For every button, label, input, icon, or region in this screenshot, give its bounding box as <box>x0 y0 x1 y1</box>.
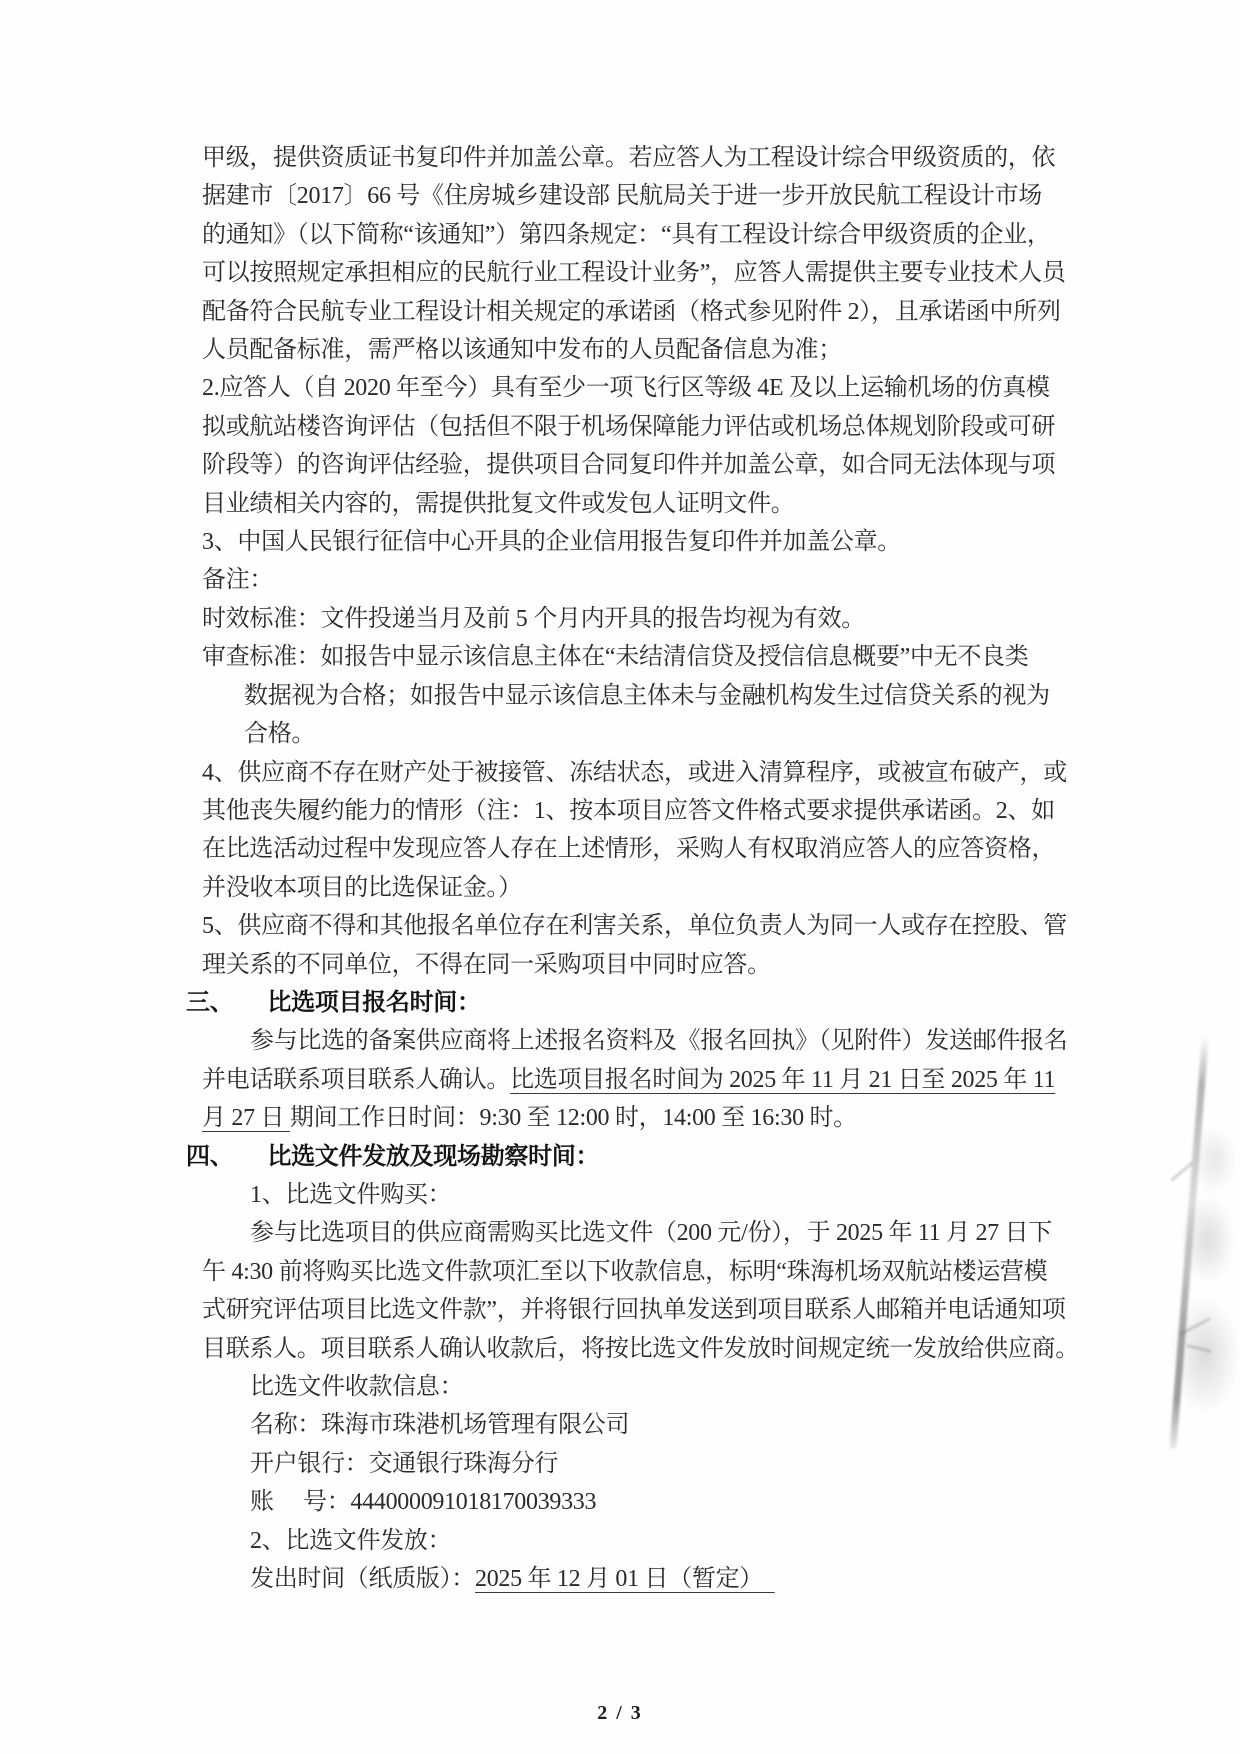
text-segment: 参与比选的备案供应商将上述报名资料及《报名回执》（见附件）发送邮件报名 <box>250 1028 1068 1054</box>
text-segment: 午 4:30 前将购买比选文件款项汇至以下收款信息，标明“珠海机场双航站楼运营模 <box>202 1259 1047 1285</box>
text-line: 2.应答人（自 2020 年至今）具有至少一项飞行区等级 4E 及以上运输机场的… <box>202 369 1086 407</box>
text-segment: 在比选活动过程中发现应答人存在上述情形，采购人有权取消应答人的应答资格， <box>202 836 1055 862</box>
text-segment: 式研究评估项目比选文件款”，并将银行回执单发送到项目联系人邮箱并电话通知项 <box>202 1297 1066 1323</box>
text-line: 其他丧失履约能力的情形（注：1、按本项目应答文件格式要求提供承诺函。2、如 <box>202 792 1086 830</box>
text-segment: 据建市〔2017〕66 号《住房城乡建设部 民航局关于进一步开放民航工程设计市场 <box>202 183 1042 209</box>
document-page: 甲级，提供资质证书复印件并加盖公章。若应答人为工程设计综合甲级资质的，依据建市〔… <box>0 0 1240 1754</box>
underlined-text: 月 27 日 <box>202 1105 290 1131</box>
text-line: 午 4:30 前将购买比选文件款项汇至以下收款信息，标明“珠海机场双航站楼运营模 <box>202 1253 1086 1291</box>
text-line: 理关系的不同单位，不得在同一采购项目中同时应答。 <box>202 946 1086 984</box>
text-segment: 目联系人。项目联系人确认收款后，将按比选文件发放时间规定统一发放给供应商。 <box>202 1336 1079 1362</box>
text-line: 阶段等）的咨询评估经验，提供项目合同复印件并加盖公章，如合同无法体现与项 <box>202 446 1086 484</box>
text-segment: 参与比选项目的供应商需购买比选文件（200 元/份），于 2025 年 11 月… <box>250 1220 1052 1246</box>
text-segment: 开户银行：交通银行珠海分行 <box>250 1451 558 1477</box>
text-line: 2、比选文件发放： <box>202 1522 1086 1560</box>
text-line: 合格。 <box>202 715 1086 753</box>
heading-title: 比选项目报名时间： <box>267 990 480 1016</box>
scan-pencil-mark <box>1179 1317 1210 1336</box>
scan-smudge <box>1180 1195 1235 1285</box>
text-line: 据建市〔2017〕66 号《住房城乡建设部 民航局关于进一步开放民航工程设计市场 <box>202 177 1086 215</box>
text-line: 目业绩相关内容的，需提供批复文件或发包人证明文件。 <box>202 485 1086 523</box>
text-line: 在比选活动过程中发现应答人存在上述情形，采购人有权取消应答人的应答资格， <box>202 830 1086 868</box>
text-segment: 的通知》（以下简称“该通知”）第四条规定：“具有工程设计综合甲级资质的企业， <box>202 222 1051 248</box>
text-line: 目联系人。项目联系人确认收款后，将按比选文件发放时间规定统一发放给供应商。 <box>202 1330 1086 1368</box>
document-body: 甲级，提供资质证书复印件并加盖公章。若应答人为工程设计综合甲级资质的，依据建市〔… <box>202 139 1086 1598</box>
text-segment: 拟或航站楼咨询评估（包括但不限于机场保障能力评估或机场总体规划阶段或可研 <box>202 414 1055 440</box>
underlined-text: 2025 年 12 月 01 日（暂定） <box>475 1566 775 1592</box>
text-line: 3、中国人民银行征信中心开具的企业信用报告复印件并加盖公章。 <box>202 523 1086 561</box>
text-line: 式研究评估项目比选文件款”，并将银行回执单发送到项目联系人邮箱并电话通知项 <box>202 1291 1086 1329</box>
text-line: 人员配备标准，需严格以该通知中发布的人员配备信息为准； <box>202 331 1086 369</box>
heading-number: 四、 <box>186 1144 233 1170</box>
section-heading: 四、比选文件发放及现场勘察时间： <box>186 1138 1086 1176</box>
text-segment: 账 号：444000091018170039333 <box>250 1489 596 1515</box>
text-line: 1、比选文件购买： <box>202 1176 1086 1214</box>
text-line: 数据视为合格；如报告中显示该信息主体未与金融机构发生过信贷关系的视为 <box>202 677 1086 715</box>
text-line: 审查标准：如报告中显示该信息主体在“未结清信贷及授信信息概要”中无不良类 <box>202 638 1086 676</box>
text-segment: 2、比选文件发放： <box>250 1528 451 1554</box>
text-segment: 1、比选文件购买： <box>250 1182 451 1208</box>
text-segment: 2.应答人（自 2020 年至今）具有至少一项飞行区等级 4E 及以上运输机场的… <box>202 375 1050 401</box>
text-segment: 人员配备标准，需严格以该通知中发布的人员配备信息为准； <box>202 337 842 363</box>
text-line: 比选文件收款信息： <box>202 1368 1086 1406</box>
text-line: 4、供应商不存在财产处于被接管、冻结状态，或进入清算程序，或被宣布破产，或 <box>202 754 1086 792</box>
text-line: 可以按照规定承担相应的民航行业工程设计业务”，应答人需提供主要专业技术人员 <box>202 254 1086 292</box>
scan-streak <box>1169 1035 1209 1449</box>
text-line: 拟或航站楼咨询评估（包括但不限于机场保障能力评估或机场总体规划阶段或可研 <box>202 408 1086 446</box>
heading-number: 三、 <box>186 990 233 1016</box>
text-line: 的通知》（以下简称“该通知”）第四条规定：“具有工程设计综合甲级资质的企业， <box>202 216 1086 254</box>
text-line: 月 27 日 期间工作日时间：9:30 至 12:00 时，14:00 至 16… <box>202 1099 1086 1137</box>
text-segment: 3、中国人民银行征信中心开具的企业信用报告复印件并加盖公章。 <box>202 529 901 555</box>
text-segment: 审查标准：如报告中显示该信息主体在“未结清信贷及授信信息概要”中无不良类 <box>202 644 1029 670</box>
scan-pencil-mark <box>1170 1161 1193 1181</box>
text-line: 甲级，提供资质证书复印件并加盖公章。若应答人为工程设计综合甲级资质的，依 <box>202 139 1086 177</box>
text-segment: 其他丧失履约能力的情形（注：1、按本项目应答文件格式要求提供承诺函。2、如 <box>202 798 1055 824</box>
text-line: 开户银行：交通银行珠海分行 <box>202 1445 1086 1483</box>
text-segment: 甲级，提供资质证书复印件并加盖公章。若应答人为工程设计综合甲级资质的，依 <box>202 145 1055 171</box>
text-line: 备注： <box>202 561 1086 599</box>
text-line: 并没收本项目的比选保证金。） <box>202 869 1086 907</box>
text-segment: 配备符合民航专业工程设计相关规定的承诺函（格式参见附件 2），且承诺函中所列 <box>202 299 1061 325</box>
scan-artifact <box>1130 995 1240 1495</box>
text-segment: 可以按照规定承担相应的民航行业工程设计业务”，应答人需提供主要专业技术人员 <box>202 260 1066 286</box>
text-segment: 名称：珠海市珠港机场管理有限公司 <box>250 1412 629 1438</box>
section-heading: 三、比选项目报名时间： <box>186 984 1086 1022</box>
text-segment: 合格。 <box>244 721 315 747</box>
text-line: 配备符合民航专业工程设计相关规定的承诺函（格式参见附件 2），且承诺函中所列 <box>202 293 1086 331</box>
text-segment: 并没收本项目的比选保证金。） <box>202 875 522 901</box>
text-segment: 5、供应商不得和其他报名单位存在利害关系，单位负责人为同一人或存在控股、管 <box>202 913 1067 939</box>
text-segment: 理关系的不同单位，不得在同一采购项目中同时应答。 <box>202 952 771 978</box>
heading-title: 比选文件发放及现场勘察时间： <box>267 1144 599 1170</box>
text-line: 5、供应商不得和其他报名单位存在利害关系，单位负责人为同一人或存在控股、管 <box>202 907 1086 945</box>
text-segment: 目业绩相关内容的，需提供批复文件或发包人证明文件。 <box>202 491 795 517</box>
text-segment: 数据视为合格；如报告中显示该信息主体未与金融机构发生过信贷关系的视为 <box>244 683 1050 709</box>
text-segment: 发出时间（纸质版）： <box>250 1566 475 1592</box>
text-line: 时效标准：文件投递当月及前 5 个月内开具的报告均视为有效。 <box>202 600 1086 638</box>
text-line: 并电话联系项目联系人确认。比选项目报名时间为 2025 年 11 月 21 日至… <box>202 1061 1086 1099</box>
text-segment: 阶段等）的咨询评估经验，提供项目合同复印件并加盖公章，如合同无法体现与项 <box>202 452 1055 478</box>
underlined-text: 比选项目报名时间为 2025 年 11 月 21 日至 2025 年 11 <box>510 1067 1055 1093</box>
text-segment: 4、供应商不存在财产处于被接管、冻结状态，或进入清算程序，或被宣布破产，或 <box>202 760 1067 786</box>
text-line: 账 号：444000091018170039333 <box>202 1483 1086 1521</box>
scan-pencil-mark <box>1186 1344 1212 1353</box>
text-segment: 时效标准：文件投递当月及前 5 个月内开具的报告均视为有效。 <box>202 606 865 632</box>
scan-smudge <box>1192 1125 1237 1195</box>
text-line: 名称：珠海市珠港机场管理有限公司 <box>202 1406 1086 1444</box>
text-line: 发出时间（纸质版）：2025 年 12 月 01 日（暂定） <box>202 1560 1086 1598</box>
text-segment: 并电话联系项目联系人确认。 <box>202 1067 510 1093</box>
scan-smudge <box>1170 1295 1240 1415</box>
text-segment: 备注： <box>202 567 273 593</box>
text-segment: 期间工作日时间：9:30 至 12:00 时，14:00 至 16:30 时。 <box>290 1105 857 1131</box>
text-line: 参与比选的备案供应商将上述报名资料及《报名回执》（见附件）发送邮件报名 <box>202 1022 1086 1060</box>
text-segment: 比选文件收款信息： <box>250 1374 463 1400</box>
text-line: 参与比选项目的供应商需购买比选文件（200 元/份），于 2025 年 11 月… <box>202 1214 1086 1252</box>
page-number: 2 / 3 <box>0 1702 1240 1725</box>
